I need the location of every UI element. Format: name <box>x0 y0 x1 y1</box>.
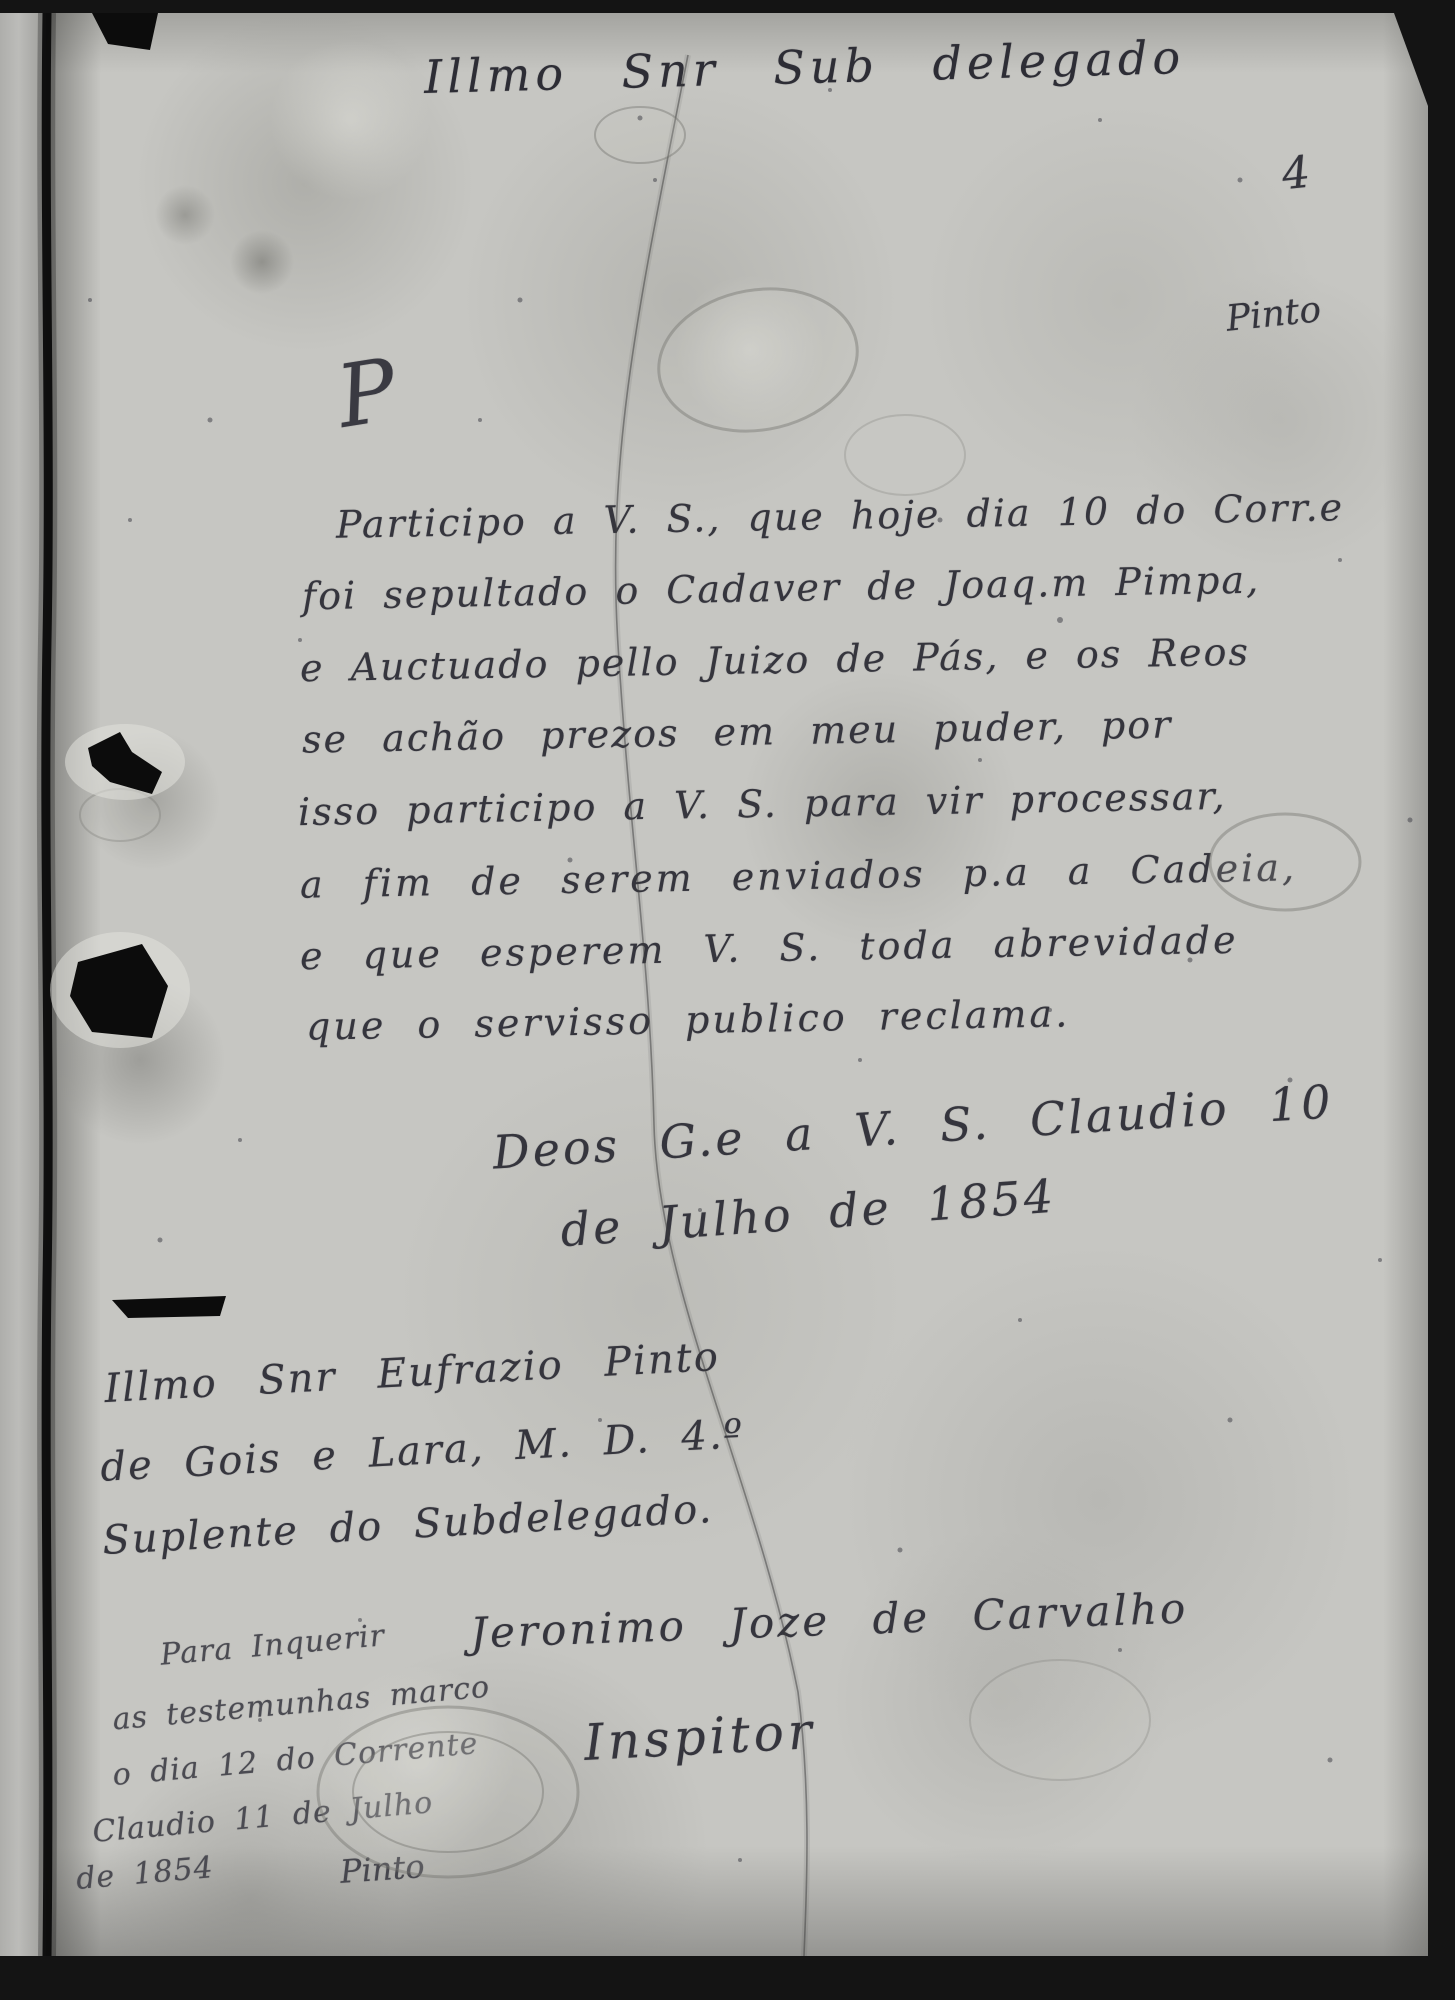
manuscript-scan: Illmo Snr Sub delegado 4 Pinto P Partici… <box>0 0 1455 2000</box>
signature-title: Inspitor <box>583 1702 817 1772</box>
page-number: 4 <box>1279 147 1312 201</box>
marginal-note-signature: Pinto <box>339 1847 426 1891</box>
previous-page-edge <box>0 13 46 1956</box>
